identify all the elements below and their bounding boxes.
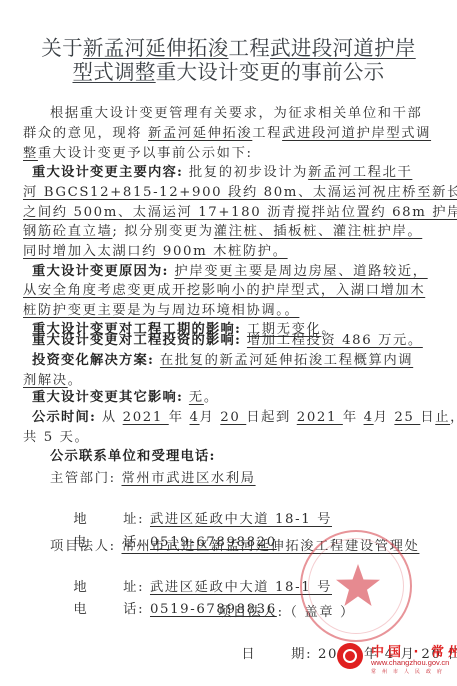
main-content-line-4: 钢筋砼直立墙; 拟分别变更为灌注桩、插板桩、灌注桩护岸。 [23,222,422,241]
period-text: 年 [169,410,190,425]
signature-owner: 项目法人:（ 盖章 ） [218,603,355,622]
intro-text: 重大设计变更予以事前公示如下: [38,146,253,161]
changzhou-logo-icon [337,643,363,669]
solution-text: 剂解决 [23,373,68,388]
intro-project: 新孟河延伸拓浚 [148,126,252,141]
solution-line-1: 投资变化解决方案: 在批复的新孟河延伸拓浚工程概算内调 [32,351,413,370]
authority-value: 常州市武进区水利局 [122,471,256,486]
intro-text: 群众的意见，现将 [23,126,148,141]
period-start-day: 20 [220,410,246,425]
title-text: 重大设计变更的事前公示 [156,60,385,84]
intro-line-3: 整重大设计变更予以事前公示如下: [23,144,253,163]
main-content-label: 重大设计变更主要内容: [32,165,183,180]
period-label: 公示时间: [32,410,96,425]
main-content-text: ; 拟分别变更为 [112,224,213,239]
period-end-month: 4 [364,410,374,425]
period-text: 日起到 [246,410,297,425]
phone-label: 电 话: [73,602,144,617]
contact-authority: 主管部门: 常州市武进区水利局 [50,469,256,488]
period-text: 月 [374,410,395,425]
other-impact-label: 重大设计变更其它影响: [32,390,183,405]
period-text: 从 [96,410,123,425]
investment-impact-label: 重大设计变更对工程投资的影响: [32,333,241,348]
reason-line-3: 桩防护变更主要是为与周边环境相协调。。 [23,301,299,320]
title-change-type: 型式调整 [72,60,155,84]
main-content-text: 同时增加入太湖口约 900m 木桩防护。 [23,244,288,259]
reason-line-1: 重大设计变更原因为: 护岸变更主要是周边房屋、道路较近， [32,262,428,281]
period-start-year: 2021 [123,410,169,425]
period-text: 止 [435,410,450,425]
date-label: 日 期: [241,647,312,662]
main-content-line-5: 同时增加入太湖口约 900m 木桩防护。 [23,242,288,261]
document-page: 关于新孟河延伸拓浚工程武进段河道护岸 型式调整重大设计变更的事前公示 根据重大设… [0,0,457,686]
reason-text: 从安全角度考虑变更成开挖影响小的护岸型式，入湖口增加木 [23,283,425,298]
main-content-text: 新孟河工程北干 [308,165,412,180]
reason-text: 护岸变更主要是周边房屋、道路较近， [174,264,427,279]
period-text: 日 [420,410,435,425]
contact-heading: 公示联系单位和受理电话: [50,447,216,466]
main-content-text: 河 BGCS12+815-12+900 段约 80m、太滆运河祝庄桥至新长铁路 [23,185,457,200]
authority-label: 主管部门: [50,471,116,486]
watermark-url: www.changzhou.gov.cn [371,658,449,667]
period-line-1: 公示时间: 从 2021 年 4月 20 日起到 2021 年 4月 25 日止… [32,408,457,427]
intro-line-2: 群众的意见，现将 新孟河延伸拓浚工程武进段河道护岸型式调 [23,124,431,143]
other-impact: 重大设计变更其它影响: 无。 [32,388,219,407]
main-content-line-2: 河 BGCS12+815-12+900 段约 80m、太滆运河祝庄桥至新长铁路 [23,183,457,202]
contact-heading-text: 公示联系单位和受理电话: [50,449,216,464]
title-line-1: 关于新孟河延伸拓浚工程武进段河道护岸 [0,36,457,60]
intro-text: 工程 [252,126,282,141]
intro-section: 整 [23,146,38,161]
punctuation: 。 [204,390,219,405]
period-text: 月 [200,410,221,425]
period-end-day: 25 [394,410,420,425]
solution-label: 投资变化解决方案: [32,353,154,368]
reason-line-2: 从安全角度考虑变更成开挖影响小的护岸型式，入湖口增加木 [23,281,425,300]
punctuation: 。 [68,373,83,388]
title-project-name: 新孟河延伸拓浚 [83,36,229,60]
title-text: 工程 [229,36,271,60]
title-text: 关于 [41,36,83,60]
other-impact-value: 无 [189,390,204,405]
solution-text: 在批复的新孟河延伸拓浚工程概算内调 [160,353,413,368]
main-content-text: 钢筋砼直立墙 [23,224,112,239]
reason-text: 桩防护变更主要是为与周边环境相协调。。 [23,303,299,318]
changzhou-gov-watermark: 中国 · 常州 www.changzhou.gov.cn 常州市人民政府 [337,639,453,679]
main-content-line-1: 重大设计变更主要内容: 批复的初步设计为新孟河工程北干 [32,163,412,182]
reason-label: 重大设计变更原因为: [32,264,169,279]
main-content-text: 之间约 500m、太滆运河 17+180 沥青搅拌站位置约 68m 护岸为 [23,205,457,220]
main-content-line-3: 之间约 500m、太滆运河 17+180 沥青搅拌站位置约 68m 护岸为 [23,203,457,222]
period-start-month: 4 [189,410,199,425]
period-text: 年 [343,410,364,425]
punctuation: ， [450,410,457,425]
title-line-2: 型式调整重大设计变更的事前公示 [0,60,457,84]
main-content-text: 批复的初步设计为 [183,165,308,180]
investment-impact: 重大设计变更对工程投资的影响: 增加工程投资 486 万元。 [32,331,423,350]
watermark-subtitle: 常州市人民政府 [371,668,448,675]
period-line-2: 共 5 天。 [23,428,89,447]
period-end-year: 2021 [297,410,343,425]
investment-impact-value: 增加工程投资 486 万元。 [247,333,423,348]
intro-section: 武进段河道护岸型式调 [282,126,431,141]
owner-label: 项目法人: [50,539,116,554]
title-section-name: 武进段河道护岸 [270,36,416,60]
main-content-text: 灌注桩、插板桩、灌注桩护岸。 [214,224,423,239]
intro-line-1: 根据重大设计变更管理有关要求，为征求相关单位和干部 [50,104,422,123]
